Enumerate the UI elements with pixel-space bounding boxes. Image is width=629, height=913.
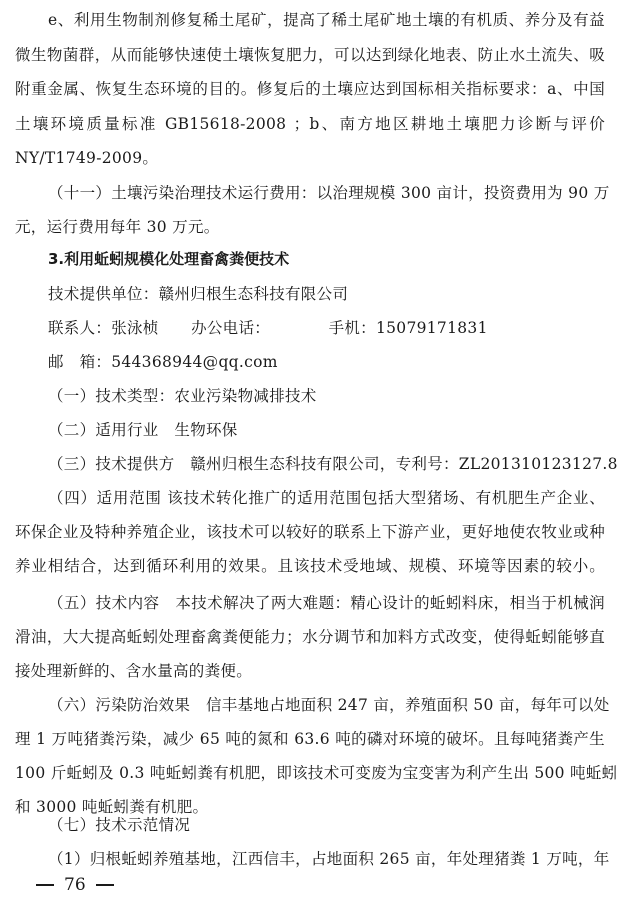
dash-right	[96, 884, 114, 886]
provider-unit: 技术提供单位：赣州归根生态科技有限公司	[48, 284, 605, 304]
contact-line: 联系人：张泳桢 办公电话： 手机：15079171831	[48, 318, 605, 338]
item-1-tech-type: （一）技术类型：农业污染物减排技术	[48, 386, 605, 406]
section-heading: 3.利用蚯蚓规模化处理畜禽粪便技术	[48, 249, 605, 269]
page-number: 76	[36, 874, 114, 896]
item-6-line-1: （六）污染防治效果 信丰基地占地面积 247 亩，养殖面积 50 亩，每年可以处	[48, 695, 605, 715]
office-phone: 办公电话：	[191, 319, 270, 337]
item-6-line-3: 100 斤蚯蚓及 0.3 吨蚯蚓粪有机肥，即该技术可变废为宝变害为利产生出 50…	[15, 763, 605, 783]
paragraph-e-line-2: 微生物菌群，从而能够快速使土壤恢复肥力，可以达到绿化地表、防止水土流失、吸	[15, 45, 605, 65]
paragraph-e-line-3: 附重金属、恢复生态环境的目的。修复后的土壤应达到国标相关指标要求：a、中国	[15, 79, 605, 99]
item-2-industry: （二）适用行业 生物环保	[48, 420, 605, 440]
dash-left	[36, 884, 54, 886]
item-4-line-1: （四）适用范围 该技术转化推广的适用范围包括大型猪场、有机肥生产企业、	[48, 488, 605, 508]
item-7-1: （1）归根蚯蚓养殖基地，江西信丰，占地面积 265 亩，年处理猪粪 1 万吨，年	[48, 849, 605, 869]
paragraph-e-line-1: e、利用生物制剂修复稀土尾矿，提高了稀土尾矿地土壤的有机质、养分及有益	[48, 10, 605, 30]
item-5-line-1: （五）技术内容 本技术解决了两大难题：精心设计的蚯蚓料床，相当于机械润	[48, 593, 605, 613]
item-4-line-2: 环保企业及特种养殖企业，该技术可以较好的联系上下游产业，更好地使农牧业或种	[15, 522, 605, 542]
item-6-line-4: 和 3000 吨蚯蚓粪有机肥。	[15, 797, 605, 817]
paragraph-e-line-5: NY/T1749-2009。	[15, 148, 605, 168]
email-line: 邮 箱：544368944@qq.com	[48, 352, 605, 372]
paragraph-e-line-4: 土壤环境质量标准 GB15618-2008 ；b、南方地区耕地土壤肥力诊断与评价	[15, 114, 605, 134]
document-page: e、利用生物制剂修复稀土尾矿，提高了稀土尾矿地土壤的有机质、养分及有益 微生物菌…	[0, 0, 629, 913]
item-3-provider: （三）技术提供方 赣州归根生态科技有限公司，专利号：ZL201310123127…	[48, 454, 605, 474]
item-7-heading: （七）技术示范情况	[48, 815, 605, 835]
item-4-line-3: 养业相结合，达到循环利用的效果。且该技术受地域、规模、环境等因素的较小。	[15, 556, 605, 576]
item-5-line-2: 滑油，大大提高蚯蚓处理畜禽粪便能力；水分调节和加料方式改变，使得蚯蚓能够直	[15, 627, 605, 647]
paragraph-11-line-2: 元，运行费用每年 30 万元。	[15, 217, 605, 237]
paragraph-11-line-1: （十一）土壤污染治理技术运行费用：以治理规模 300 亩计，投资费用为 90 万	[48, 183, 605, 203]
item-5-line-3: 接处理新鲜的、含水量高的粪便。	[15, 661, 605, 681]
contact-person: 联系人：张泳桢	[48, 319, 159, 337]
item-6-line-2: 理 1 万吨猪粪污染，减少 65 吨的氮和 63.6 吨的磷对环境的破坏。且每吨…	[15, 729, 605, 749]
mobile-phone: 手机：15079171831	[329, 319, 488, 337]
page-number-value: 76	[64, 874, 86, 896]
